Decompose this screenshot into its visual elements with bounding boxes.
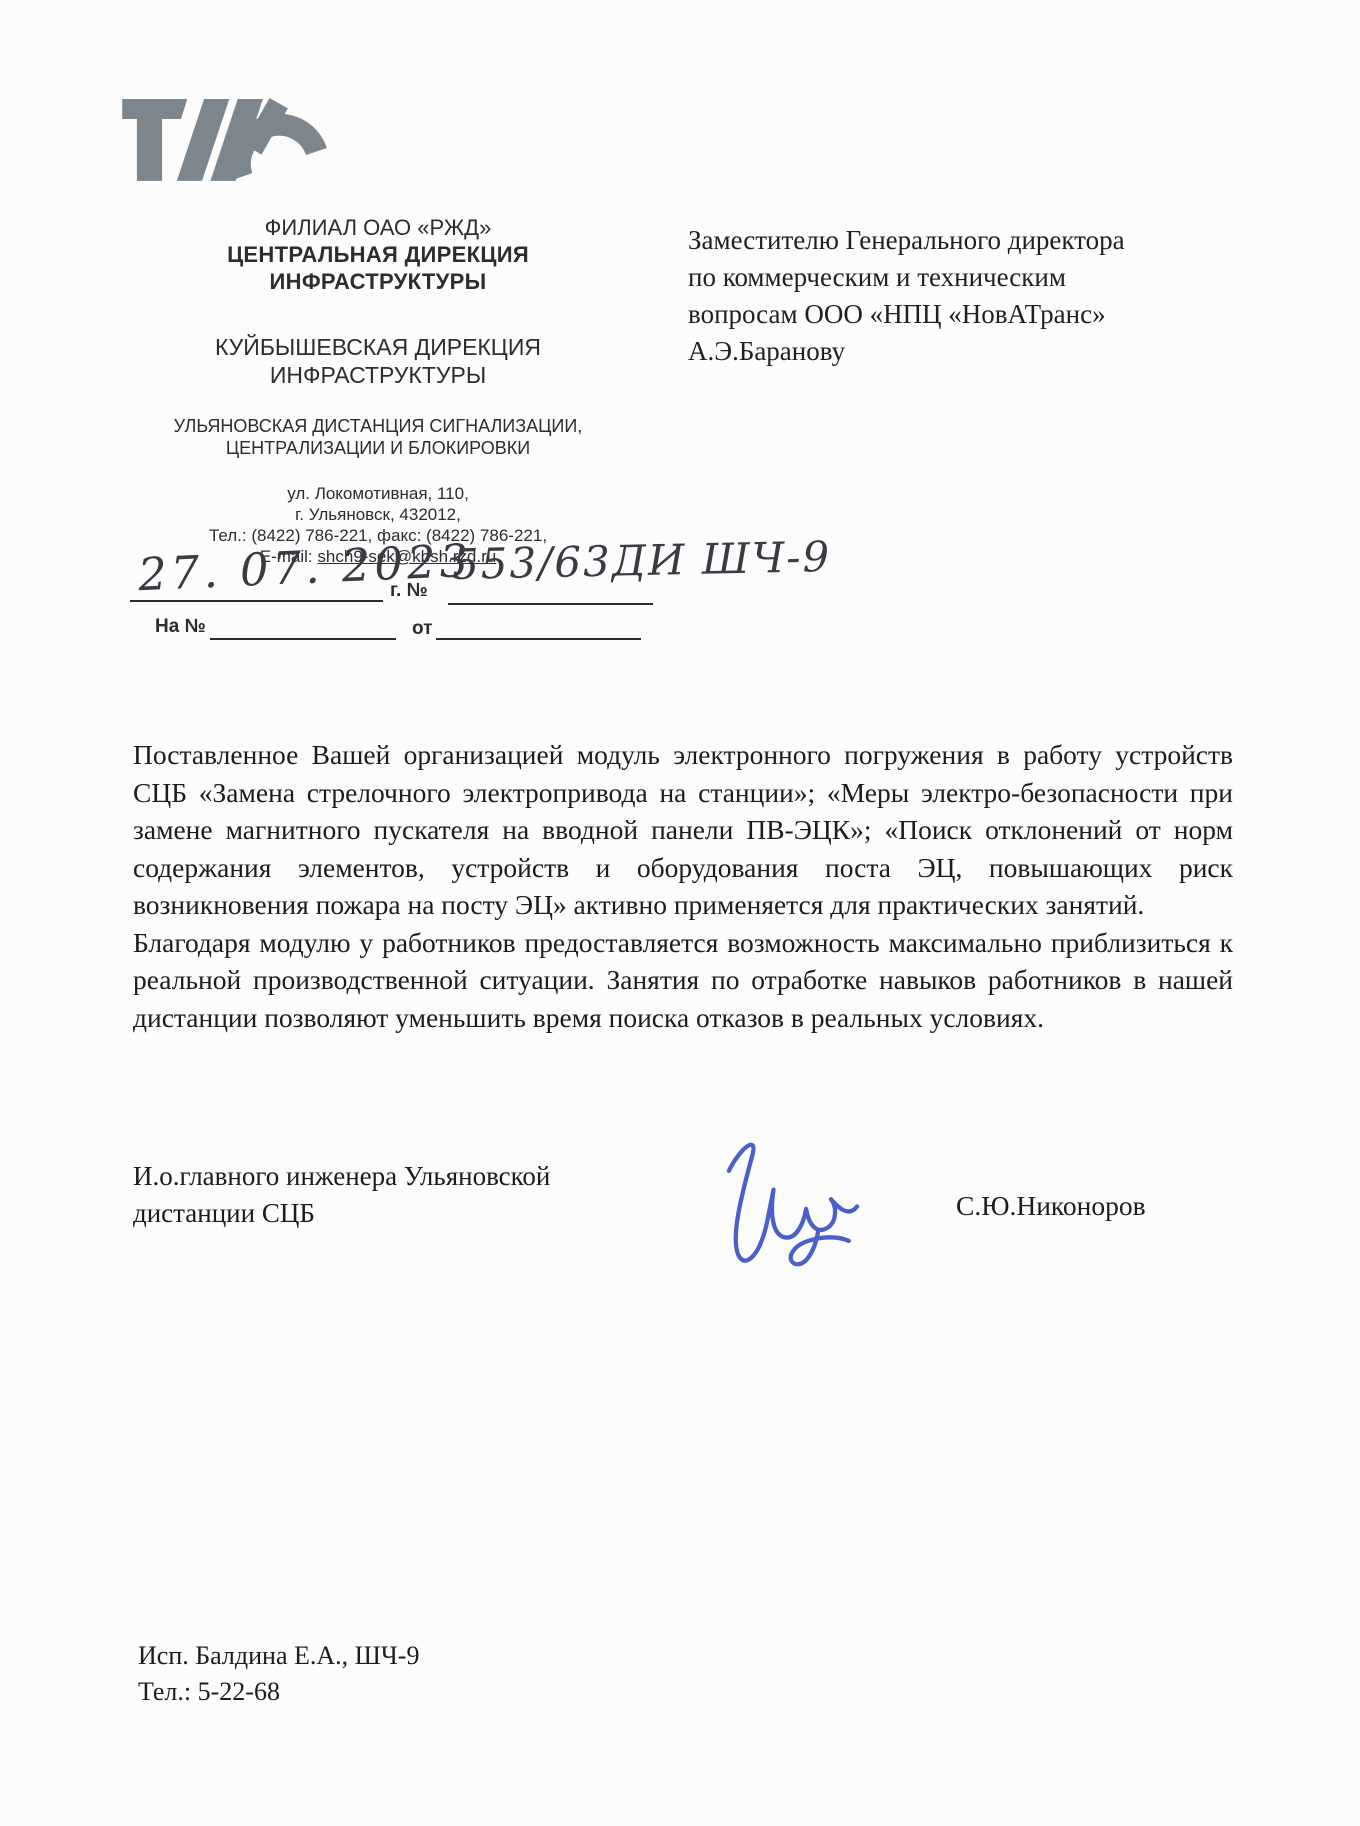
date-underline	[130, 600, 383, 602]
body-paragraph-1: Поставленное Вашей организацией модуль э…	[133, 736, 1233, 924]
recipient-line1: Заместителю Генерального директора	[688, 222, 1188, 259]
recipient-line3: вопросам ООО «НПЦ «НовАТранс»	[688, 296, 1188, 333]
reply-number-label: На №	[155, 616, 206, 638]
letterhead: ФИЛИАЛ ОАО «РЖД» ЦЕНТРАЛЬНАЯ ДИРЕКЦИЯ ИН…	[128, 215, 628, 567]
letter-body: Поставленное Вашей организацией модуль э…	[133, 736, 1233, 1036]
executor-block: Исп. Балдина Е.А., ШЧ-9 Тел.: 5-22-68	[138, 1638, 419, 1710]
number-underline	[448, 603, 653, 605]
org-distance-line2: ЦЕНТРАЛИЗАЦИИ И БЛОКИРОВКИ	[128, 437, 628, 459]
reply-from-label: от	[412, 618, 432, 640]
signer-title-line2: дистанции СЦБ	[133, 1195, 693, 1232]
rzd-logo-icon	[118, 78, 328, 183]
body-paragraph-2: Благодаря модулю у работников предоставл…	[133, 924, 1233, 1037]
recipient-line2: по коммерческим и техническим	[688, 259, 1188, 296]
rzd-logo	[118, 78, 328, 183]
signer-title: И.о.главного инженера Ульяновской дистан…	[133, 1158, 693, 1232]
org-kbsh-directorate-line1: КУЙБЫШЕВСКАЯ ДИРЕКЦИЯ	[128, 333, 628, 361]
reply-date-underline	[436, 638, 641, 640]
org-distance-line1: УЛЬЯНОВСКАЯ ДИСТАНЦИЯ СИГНАЛИЗАЦИИ,	[128, 415, 628, 437]
org-central-directorate-line1: ЦЕНТРАЛЬНАЯ ДИРЕКЦИЯ	[128, 241, 628, 268]
handwritten-outgoing-number: 553/63ДИ ШЧ-9	[452, 532, 832, 589]
reply-number-underline	[210, 638, 396, 640]
executor-phone: Тел.: 5-22-68	[138, 1674, 419, 1710]
signature-scribble	[698, 1118, 888, 1283]
recipient-line4: А.Э.Баранову	[688, 333, 1188, 370]
org-filial: ФИЛИАЛ ОАО «РЖД»	[128, 215, 628, 241]
handwritten-signature-icon	[698, 1118, 888, 1283]
org-kbsh-directorate-line2: ИНФРАСТРУКТУРЫ	[128, 361, 628, 389]
executor-name: Исп. Балдина Е.А., ШЧ-9	[138, 1638, 419, 1674]
signer-name: С.Ю.Никоноров	[956, 1190, 1146, 1222]
org-central-directorate-line2: ИНФРАСТРУКТУРЫ	[128, 268, 628, 295]
recipient-block: Заместителю Генерального директора по ко…	[688, 222, 1188, 370]
scanned-letter-page: ФИЛИАЛ ОАО «РЖД» ЦЕНТРАЛЬНАЯ ДИРЕКЦИЯ ИН…	[0, 0, 1360, 1826]
address-city: г. Ульяновск, 432012,	[128, 504, 628, 525]
signer-title-line1: И.о.главного инженера Ульяновской	[133, 1158, 693, 1195]
address-street: ул. Локомотивная, 110,	[128, 483, 628, 504]
